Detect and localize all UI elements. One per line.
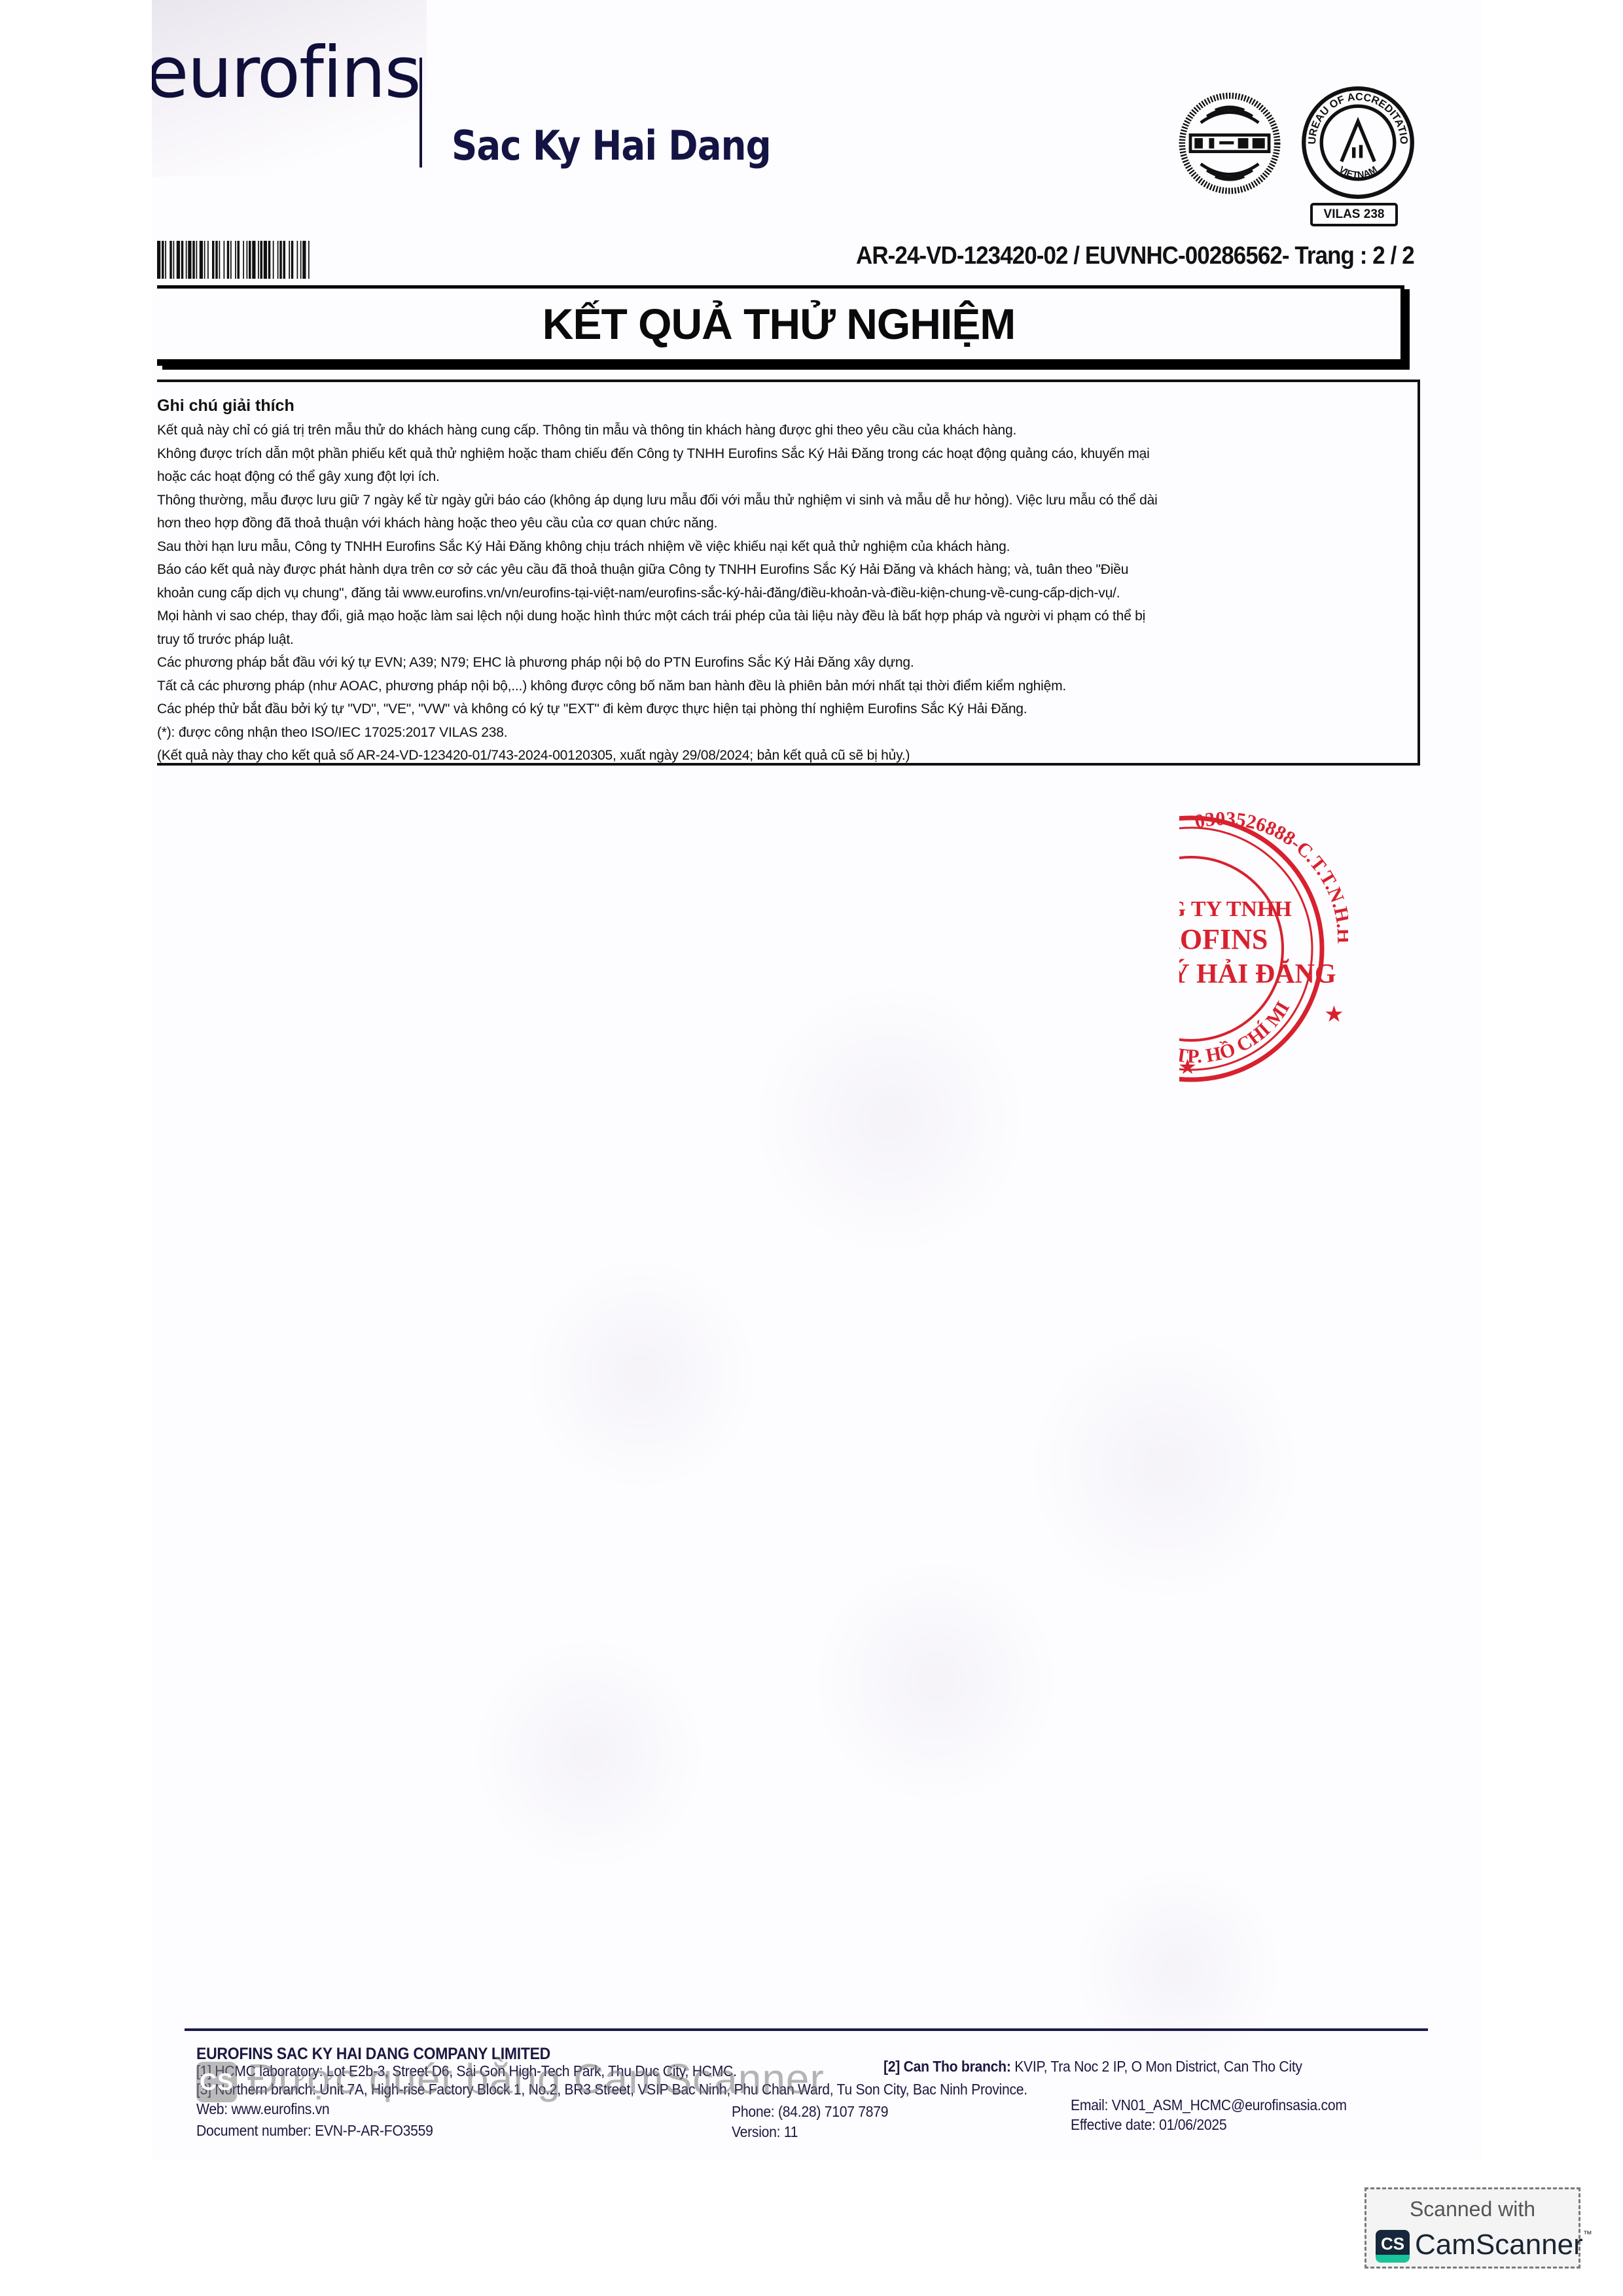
svg-text:★: ★ xyxy=(1325,1004,1343,1025)
watermark-circle xyxy=(524,1256,759,1492)
trademark-symbol: ™ xyxy=(1583,2229,1592,2239)
note-line: Báo cáo kết quả này được phát hành dựa t… xyxy=(157,558,1414,582)
watermark-circle xyxy=(471,1636,707,1871)
note-line: hoặc các hoạt động có thể gây xung đột l… xyxy=(157,465,1414,489)
barcode xyxy=(157,241,427,279)
watermark-circle xyxy=(1027,1328,1302,1603)
note-line: Không được trích dẫn một phần phiếu kết … xyxy=(157,442,1414,466)
vilas-badge: VILAS 238 xyxy=(1310,203,1398,226)
svg-text:SẮC KÝ HẢI ĐĂNG: SẮC KÝ HẢI ĐĂNG xyxy=(1165,958,1336,989)
svg-text:CÔNG TY TNHH: CÔNG TY TNHH xyxy=(1165,896,1292,921)
notes-box: Ghi chú giải thích Kết quả này chỉ có gi… xyxy=(157,380,1420,766)
footer-rule xyxy=(185,2028,1428,2031)
camscanner-watermark: CSĐược quét bằng CamScanner xyxy=(196,2055,825,2103)
svg-text:★: ★ xyxy=(1179,1057,1196,1078)
logo-divider xyxy=(419,58,422,168)
watermark-circle xyxy=(753,981,1027,1256)
note-line: hơn theo hợp đồng đã thoả thuận với khác… xyxy=(157,512,1414,535)
note-line: Sau thời hạn lưu mẫu, Công ty TNHH Eurof… xyxy=(157,535,1414,559)
watermark-circle xyxy=(811,1557,1060,1806)
watermark-circle xyxy=(1073,1865,1283,2074)
camscanner-brand-name: CamScanner xyxy=(1415,2229,1583,2261)
note-line: khoản cung cấp dịch vụ chung", đăng tải … xyxy=(157,582,1414,605)
logo-subtitle: Sac Ky Hai Dang xyxy=(452,122,771,169)
eurofins-logo: eurofins xyxy=(145,38,420,109)
svg-text:VIETNAM: VIETNAM xyxy=(1337,164,1380,181)
note-line: Mọi hành vi sao chép, thay đổi, giả mạo … xyxy=(157,605,1414,628)
note-line: (Kết quả này thay cho kết quả số AR-24-V… xyxy=(157,744,1414,768)
svg-text:EUROFINS: EUROFINS xyxy=(1165,923,1268,955)
boa-seal-icon xyxy=(1178,92,1281,195)
title-box: KẾT QUẢ THỬ NGHIỆM xyxy=(157,285,1404,366)
company-stamp: 0303526888-C.T.T.N.H.H TP. HỒ CHÍ MINH C… xyxy=(1165,811,1348,1086)
notes-list: Kết quả này chỉ có giá trị trên mẫu thử … xyxy=(157,419,1414,768)
note-line: Các phép thử bắt đầu bởi ký tự "VD", "VE… xyxy=(157,698,1414,721)
report-reference: AR-24-VD-123420-02 / EUVNHC-00286562- Tr… xyxy=(856,242,1414,270)
bureau-of-accreditation-seal-icon: BUREAU OF ACCREDITATION VIETNAM xyxy=(1299,84,1417,202)
note-line: Các phương pháp bắt đầu với ký tự EVN; A… xyxy=(157,651,1414,675)
camscanner-caption: Scanned with xyxy=(1366,2197,1578,2221)
note-line: truy tố trước pháp luật. xyxy=(157,628,1414,652)
note-line: Thông thường, mẫu được lưu giữ 7 ngày kể… xyxy=(157,489,1414,512)
camscanner-brand: CSCamScanner™ xyxy=(1376,2229,1592,2263)
camscanner-watermark-icon: CS xyxy=(196,2062,237,2102)
note-line: Tất cả các phương pháp (như AOAC, phương… xyxy=(157,675,1414,698)
notes-heading: Ghi chú giải thích xyxy=(157,397,294,415)
camscanner-watermark-text: Được quét bằng CamScanner xyxy=(247,2055,825,2102)
camscanner-badge: Scanned with CSCamScanner™ xyxy=(1364,2187,1580,2269)
page-title: KẾT QUẢ THỬ NGHIỆM xyxy=(157,299,1400,349)
note-line: (*): được công nhận theo ISO/IEC 17025:2… xyxy=(157,721,1414,745)
camscanner-logo-icon: CS xyxy=(1376,2230,1410,2263)
note-line: Kết quả này chỉ có giá trị trên mẫu thử … xyxy=(157,419,1414,442)
